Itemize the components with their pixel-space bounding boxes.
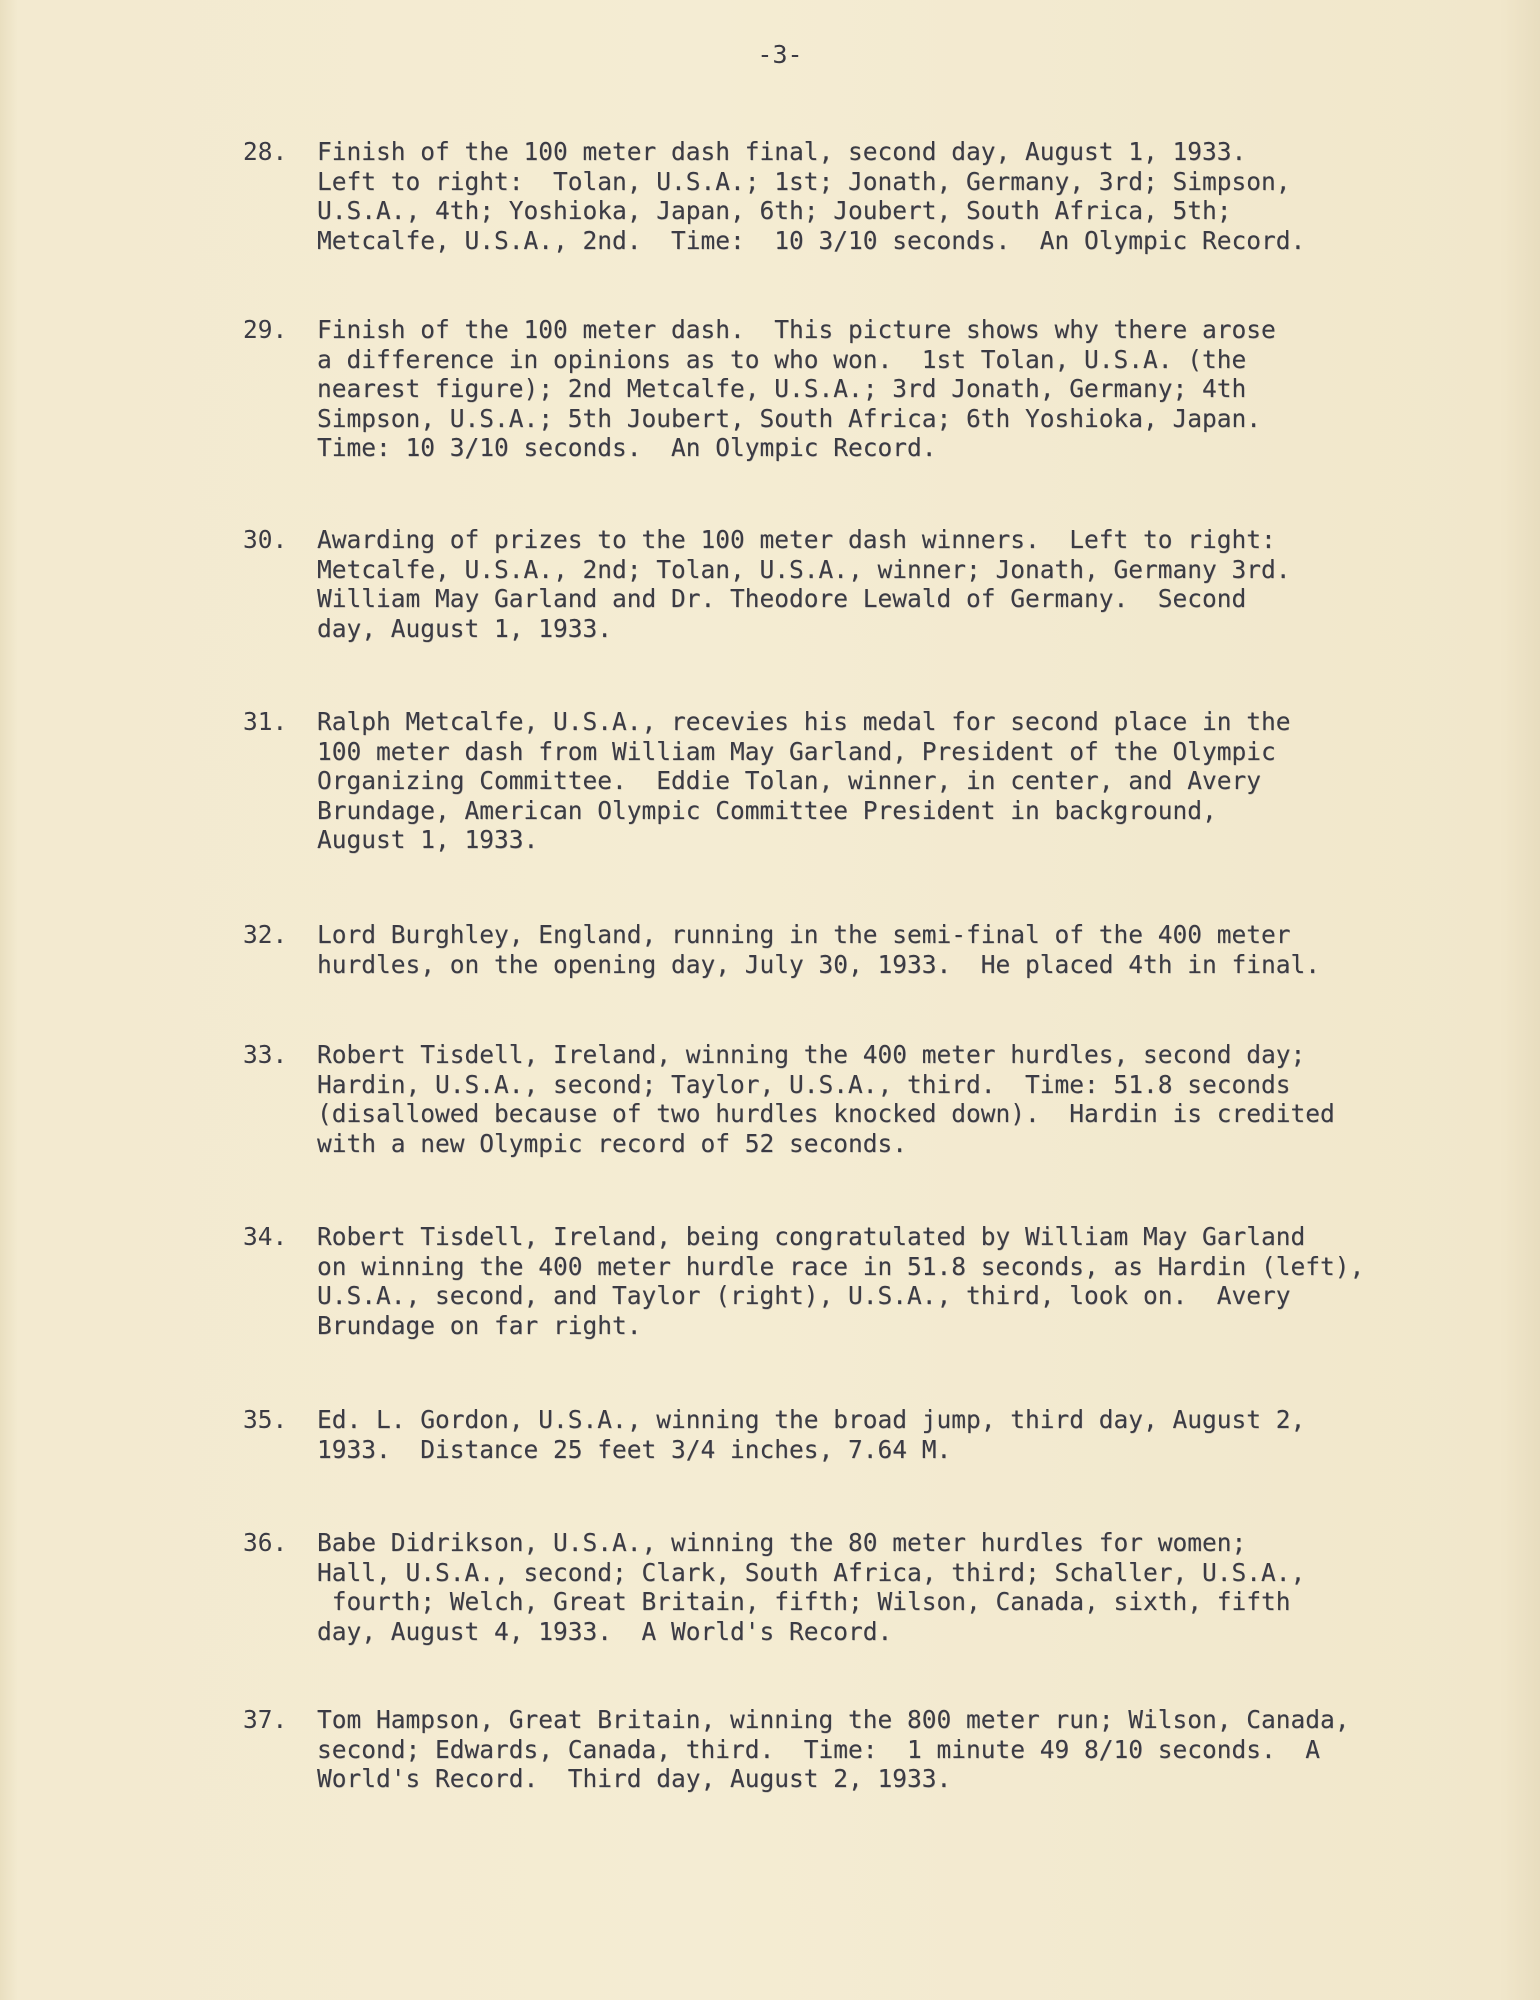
entry-text-line: day, August 4, 1933. A World's Record. [317,1617,1305,1647]
entry-number: 32. [243,920,287,950]
entry-text-line: Tom Hampson, Great Britain, winning the … [317,1705,1350,1735]
entry-number: 31. [243,707,287,737]
entry-text: Tom Hampson, Great Britain, winning the … [317,1705,1350,1794]
entry-text-line: nearest figure); 2nd Metcalfe, U.S.A.; 3… [317,374,1276,404]
entry-text-line: U.S.A., 4th; Yoshioka, Japan, 6th; Joube… [317,196,1305,226]
entry-text-line: August 1, 1933. [317,825,1291,855]
entry-text-line: Time: 10 3/10 seconds. An Olympic Record… [317,433,1276,463]
entry-text-line: 100 meter dash from William May Garland,… [317,737,1291,767]
entry-number: 35. [243,1405,287,1435]
entry-text: Finish of the 100 meter dash final, seco… [317,137,1305,255]
entry-text-line: a difference in opinions as to who won. … [317,345,1276,375]
entry-text-line: Lord Burghley, England, running in the s… [317,920,1320,950]
entry-number: 33. [243,1040,287,1070]
entry-text-line: Organizing Committee. Eddie Tolan, winne… [317,766,1291,796]
page-number: -3- [0,40,1540,69]
entry-text-line: (disallowed because of two hurdles knock… [317,1099,1335,1129]
entry-text-line: Simpson, U.S.A.; 5th Joubert, South Afri… [317,404,1276,434]
entry-text: Awarding of prizes to the 100 meter dash… [317,525,1291,643]
entry-text: Robert Tisdell, Ireland, being congratul… [317,1222,1364,1340]
entry-text: Robert Tisdell, Ireland, winning the 400… [317,1040,1335,1158]
entry-text-line: World's Record. Third day, August 2, 193… [317,1764,1350,1794]
entry-text-line: day, August 1, 1933. [317,614,1291,644]
entry-text-line: U.S.A., second, and Taylor (right), U.S.… [317,1281,1364,1311]
entry-text-line: 1933. Distance 25 feet 3/4 inches, 7.64 … [317,1435,1305,1465]
entry-text-line: Finish of the 100 meter dash final, seco… [317,137,1305,167]
entry-text: Ed. L. Gordon, U.S.A., winning the broad… [317,1405,1305,1464]
entry-text-line: Hall, U.S.A., second; Clark, South Afric… [317,1558,1305,1588]
entry-text: Finish of the 100 meter dash. This pictu… [317,315,1276,463]
entry-text-line: Hardin, U.S.A., second; Taylor, U.S.A., … [317,1070,1335,1100]
entry-text-line: Brundage, American Olympic Committee Pre… [317,796,1291,826]
entry-text: Ralph Metcalfe, U.S.A., recevies his med… [317,707,1291,855]
entry-text-line: Metcalfe, U.S.A., 2nd; Tolan, U.S.A., wi… [317,555,1291,585]
entry-text-line: Finish of the 100 meter dash. This pictu… [317,315,1276,345]
entry-text: Lord Burghley, England, running in the s… [317,920,1320,979]
entry-text-line: on winning the 400 meter hurdle race in … [317,1252,1364,1282]
entry-number: 34. [243,1222,287,1252]
entry-text-line: Left to right: Tolan, U.S.A.; 1st; Jonat… [317,167,1305,197]
entry-text-line: William May Garland and Dr. Theodore Lew… [317,584,1291,614]
entry-text-line: second; Edwards, Canada, third. Time: 1 … [317,1735,1350,1765]
entry-text-line: Babe Didrikson, U.S.A., winning the 80 m… [317,1528,1305,1558]
entry-text-line: Awarding of prizes to the 100 meter dash… [317,525,1291,555]
entry-text-line: fourth; Welch, Great Britain, fifth; Wil… [317,1587,1305,1617]
entry-text-line: Ralph Metcalfe, U.S.A., recevies his med… [317,707,1291,737]
entry-text-line: Ed. L. Gordon, U.S.A., winning the broad… [317,1405,1305,1435]
entry-text-line: Metcalfe, U.S.A., 2nd. Time: 10 3/10 sec… [317,226,1305,256]
entry-number: 30. [243,525,287,555]
entry-text-line: Robert Tisdell, Ireland, being congratul… [317,1222,1364,1252]
entry-number: 37. [243,1705,287,1735]
entry-number: 28. [243,137,287,167]
entry-number: 36. [243,1528,287,1558]
entry-text-line: hurdles, on the opening day, July 30, 19… [317,950,1320,980]
entry-text-line: with a new Olympic record of 52 seconds. [317,1129,1335,1159]
entry-text-line: Robert Tisdell, Ireland, winning the 400… [317,1040,1335,1070]
entry-text-line: Brundage on far right. [317,1311,1364,1341]
entry-number: 29. [243,315,287,345]
entry-text: Babe Didrikson, U.S.A., winning the 80 m… [317,1528,1305,1646]
